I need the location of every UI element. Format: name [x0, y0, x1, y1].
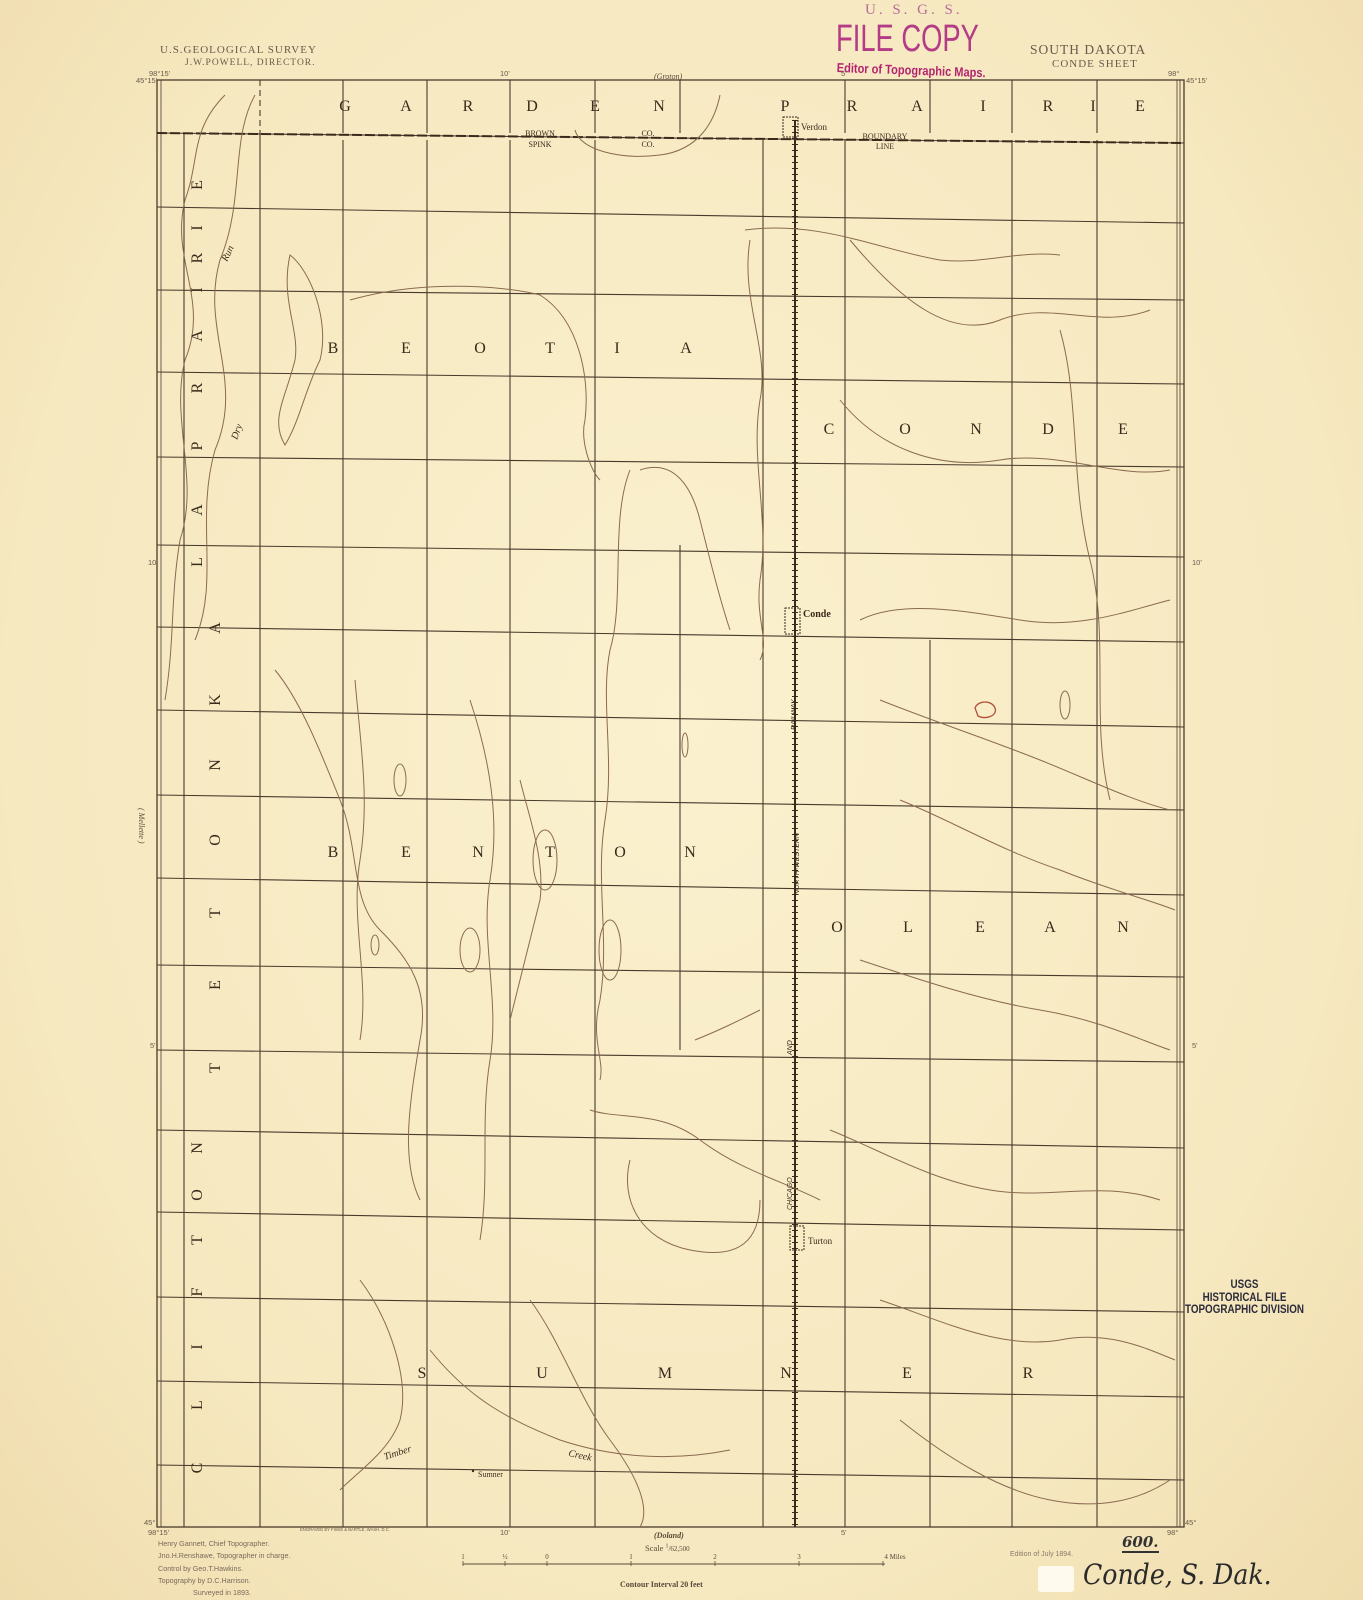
coord-bottom-left-lon: 98°15' — [148, 1528, 170, 1537]
svg-text:R: R — [189, 382, 206, 393]
svg-text:I: I — [189, 225, 206, 230]
township-garden-prairie: G A R D E N P R A I R I E — [339, 98, 1145, 115]
svg-text:NORTH-WESTERN: NORTH-WESTERN — [794, 832, 801, 895]
engraver-credit: ENGRAVED BY FISKE & BARTLE, WASH. D.C. — [300, 1527, 390, 1532]
svg-text:3: 3 — [797, 1553, 801, 1561]
section-grid — [157, 80, 1184, 1527]
svg-text:I: I — [189, 287, 206, 292]
svg-text:Creek: Creek — [567, 1448, 593, 1464]
township-tetonka: T E T O N K A — [207, 622, 224, 1073]
svg-text:2: 2 — [713, 1553, 717, 1561]
svg-text:N: N — [207, 759, 224, 771]
svg-text:O: O — [189, 1189, 206, 1201]
svg-text:R: R — [847, 98, 858, 115]
town-conde[interactable]: Conde — [785, 608, 831, 634]
svg-text:O: O — [899, 421, 911, 438]
scale-bar: 1 ½ 0 1 2 3 4 Miles — [461, 1553, 906, 1566]
svg-text:D: D — [526, 98, 538, 115]
coord-bottom-10: 10' — [500, 1528, 510, 1537]
svg-text:O: O — [474, 340, 486, 357]
svg-text:P: P — [189, 441, 206, 450]
svg-text:Verdon: Verdon — [801, 122, 827, 132]
svg-text:1: 1 — [461, 1553, 465, 1561]
svg-text:F: F — [189, 1287, 206, 1296]
coord-bottom-left-lat: 45° — [144, 1518, 155, 1527]
svg-text:C: C — [189, 1463, 206, 1474]
credit-surveyed: Surveyed in 1893. — [158, 1587, 291, 1599]
credit-topography: Topography by D.C.Harrison. — [158, 1575, 291, 1587]
svg-text:T: T — [545, 340, 555, 357]
svg-text:I: I — [1090, 98, 1095, 115]
svg-text:A: A — [911, 98, 923, 115]
township-labels: G A R D E N P R A I R I E B E O T I A C … — [189, 98, 1145, 1473]
svg-text:D: D — [1042, 421, 1054, 438]
handwritten-number: 600. — [1122, 1533, 1159, 1553]
credit-control: Control by Geo.T.Hawkins. — [158, 1563, 291, 1575]
coord-top-right-lon: 98° — [1168, 69, 1179, 78]
svg-text:C: C — [824, 421, 835, 438]
tape-patch — [1038, 1566, 1074, 1592]
county-boundary — [157, 133, 1184, 143]
svg-text:CO.: CO. — [641, 129, 654, 138]
svg-text:E: E — [401, 340, 411, 357]
svg-text:E: E — [401, 844, 411, 861]
svg-text:1: 1 — [629, 1553, 633, 1561]
svg-text:E: E — [1135, 98, 1145, 115]
svg-text:A: A — [189, 504, 206, 516]
svg-text:K: K — [207, 694, 224, 706]
scale-title: Scale 1/62,500 — [645, 1543, 690, 1553]
svg-text:I: I — [980, 98, 985, 115]
svg-text:S: S — [418, 1365, 427, 1382]
svg-text:Turton: Turton — [808, 1236, 833, 1246]
svg-text:O: O — [831, 919, 843, 936]
svg-text:E: E — [975, 919, 985, 936]
credit-topographer: Jno.H.Renshawe, Topographer in charge. — [158, 1550, 291, 1562]
svg-text:E: E — [590, 98, 600, 115]
svg-text:O: O — [614, 844, 626, 861]
coord-top-left-lat: 45°15' — [136, 76, 158, 85]
svg-text:R: R — [1043, 98, 1054, 115]
coord-top-5: 5' — [841, 69, 847, 78]
svg-text:RAILWAY: RAILWAY — [791, 698, 798, 730]
svg-text:R: R — [1023, 1365, 1034, 1382]
svg-text:LINE: LINE — [876, 142, 894, 151]
svg-text:N: N — [472, 844, 484, 861]
coord-right-5: 5' — [1192, 1041, 1198, 1050]
contour-interval: Contour Interval 20 feet — [620, 1580, 703, 1589]
handwritten-location: Conde, S. Dak. — [1083, 1558, 1272, 1591]
svg-text:N: N — [1117, 919, 1129, 936]
svg-text:CO.: CO. — [641, 140, 654, 149]
svg-text:N: N — [684, 844, 696, 861]
edition-label: Edition of July 1894. — [1010, 1551, 1073, 1558]
svg-text:T: T — [207, 908, 224, 918]
svg-text:4 Miles: 4 Miles — [884, 1553, 905, 1561]
svg-text:N: N — [189, 1142, 206, 1154]
svg-text:Conde: Conde — [803, 609, 831, 620]
svg-text:E: E — [902, 1365, 912, 1382]
township-clifton: C L I F T O N — [189, 1142, 206, 1474]
svg-text:SPINK: SPINK — [528, 140, 551, 149]
svg-text:A: A — [680, 340, 692, 357]
svg-text:Sumner: Sumner — [478, 1470, 503, 1479]
svg-text:N: N — [970, 421, 982, 438]
svg-text:A: A — [189, 330, 206, 342]
svg-text:T: T — [207, 1063, 224, 1073]
svg-text:I: I — [189, 1344, 206, 1349]
coord-top-10: 10' — [500, 69, 510, 78]
svg-text:Dry: Dry — [229, 422, 245, 442]
svg-text:N: N — [653, 98, 665, 115]
svg-text:R: R — [189, 252, 206, 263]
township-olean: O L E A N — [831, 919, 1129, 936]
svg-text:E: E — [1118, 421, 1128, 438]
svg-text:E: E — [189, 180, 206, 190]
coord-right-10: 10' — [1192, 558, 1202, 567]
towns: Verdon Conde Turton Sumner — [472, 117, 833, 1479]
historical-file-stamp: USGS HISTORICAL FILE TOPOGRAPHIC DIVISIO… — [1185, 1278, 1304, 1316]
svg-text:CHICAGO: CHICAGO — [787, 1177, 794, 1210]
svg-text:BROWN: BROWN — [525, 129, 555, 138]
svg-text:T: T — [545, 844, 555, 861]
township-benton: B E N T O N — [328, 844, 697, 861]
topographic-map[interactable]: 98°15' 45°15' 98° 45°15' 45° 98°15' 45° … — [0, 0, 1363, 1600]
svg-text:B: B — [328, 340, 339, 357]
contour-lines — [165, 95, 1175, 1527]
svg-text:A: A — [400, 98, 412, 115]
survey-credits: Henry Gannett, Chief Topographer. Jno.H.… — [158, 1538, 291, 1599]
svg-text:G: G — [339, 98, 351, 115]
town-verdon[interactable]: Verdon — [783, 117, 827, 137]
coord-left-10: 10' — [148, 558, 158, 567]
svg-text:P: P — [781, 98, 790, 115]
coord-bottom-right-lat: 45° — [1185, 1518, 1196, 1527]
coord-top-right-lat: 45°15' — [1186, 76, 1208, 85]
svg-text:M: M — [658, 1365, 672, 1382]
svg-text:Timber: Timber — [383, 1444, 413, 1463]
coord-bottom-5: 5' — [841, 1528, 847, 1537]
credit-chief: Henry Gannett, Chief Topographer. — [158, 1538, 291, 1550]
town-sumner[interactable]: Sumner — [472, 1470, 503, 1479]
svg-text:Run: Run — [219, 244, 236, 264]
svg-text:L: L — [189, 557, 206, 567]
svg-text:E: E — [207, 980, 224, 990]
township-la-prairie: L A P R A I R I E — [189, 180, 206, 567]
svg-text:T: T — [189, 1235, 206, 1245]
svg-text:0: 0 — [545, 1553, 549, 1561]
svg-text:N: N — [780, 1365, 792, 1382]
svg-text:BOUNDARY: BOUNDARY — [863, 132, 908, 141]
svg-text:A: A — [1044, 919, 1056, 936]
svg-text:R: R — [463, 98, 474, 115]
svg-text:B: B — [328, 844, 339, 861]
town-turton[interactable]: Turton — [790, 1226, 833, 1250]
svg-text:L: L — [189, 1400, 206, 1410]
svg-text:½: ½ — [502, 1553, 507, 1561]
svg-text:L: L — [903, 919, 913, 936]
svg-text:O: O — [207, 834, 224, 846]
svg-text:A: A — [207, 622, 224, 634]
relief-features — [975, 702, 995, 718]
svg-text:U: U — [536, 1365, 548, 1382]
coord-left-5: 5' — [150, 1041, 156, 1050]
svg-text:AND: AND — [787, 1040, 794, 1056]
svg-text:I: I — [614, 340, 619, 357]
coord-bottom-right-lon: 98° — [1167, 1528, 1178, 1537]
